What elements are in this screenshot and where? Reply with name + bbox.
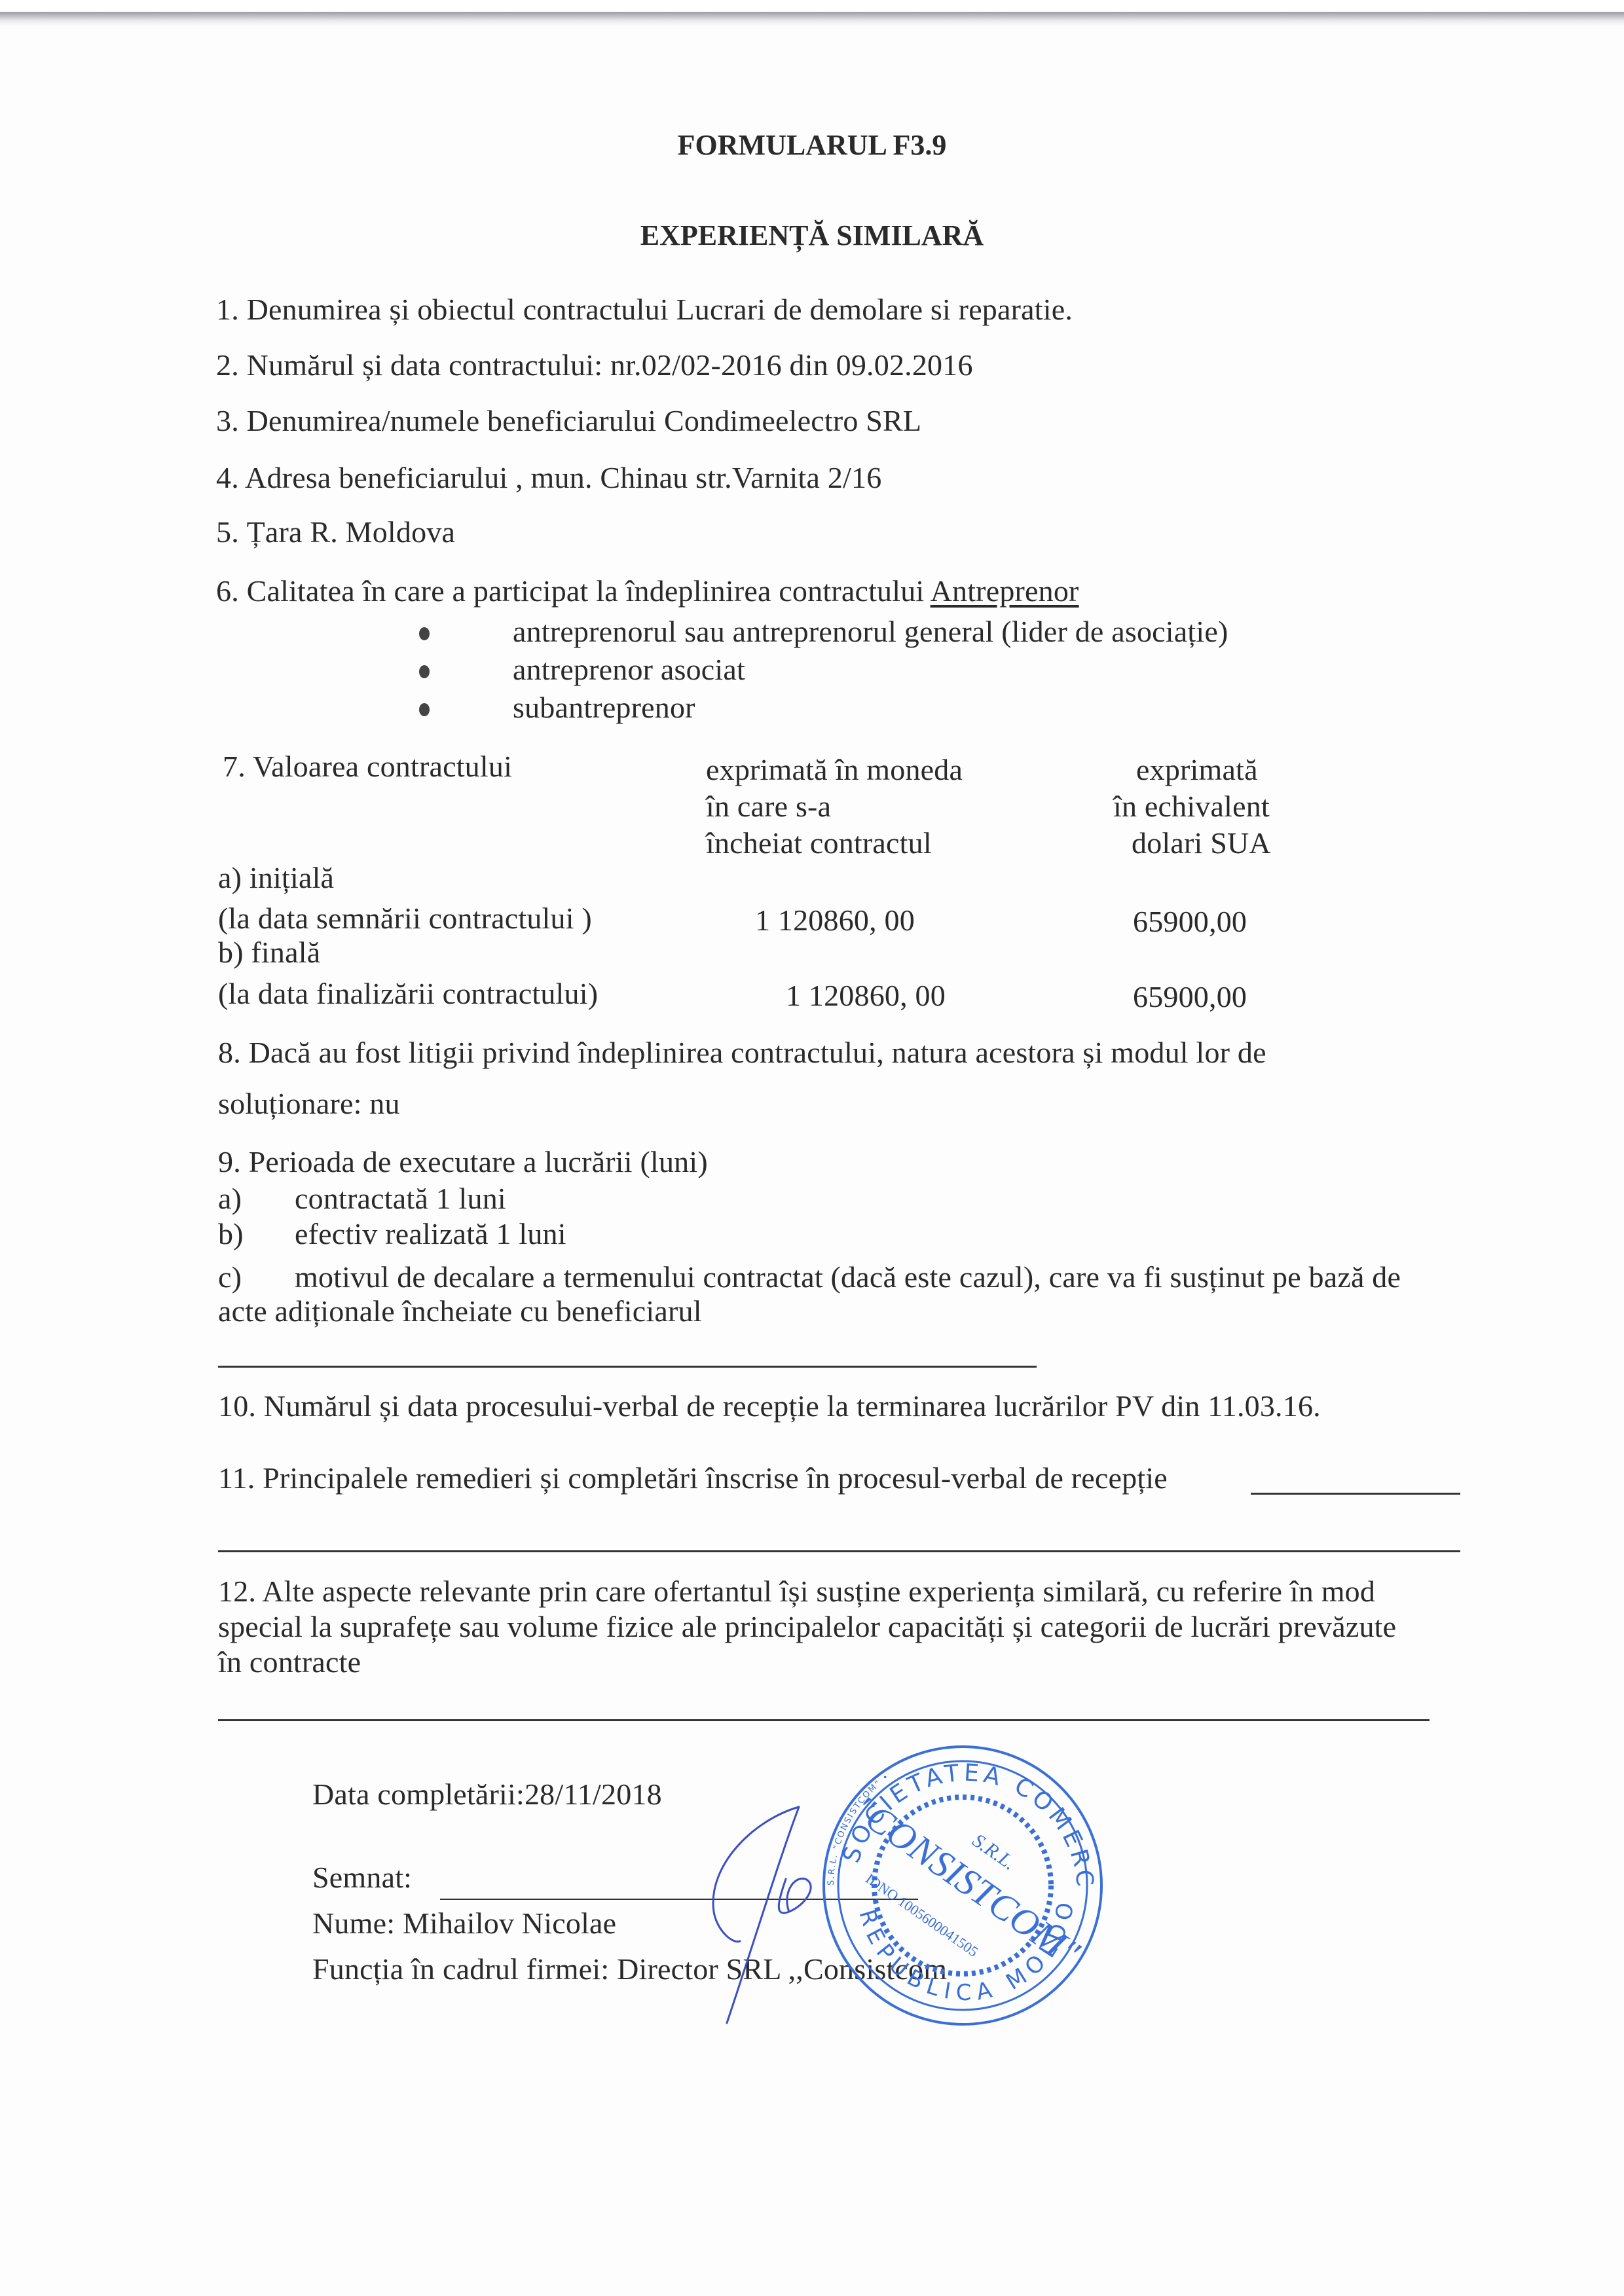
row-final-title: b) finală (218, 938, 320, 968)
item-12-line-2: special la suprafețe sau volume fizice a… (218, 1612, 1396, 1642)
form-title: FORMULARUL F3.9 (0, 131, 1624, 160)
item-9c-continuation: acte adiționale încheiate cu beneficiaru… (218, 1296, 702, 1326)
row-initial-desc: (la data semnării contractului ) (218, 903, 592, 934)
item-12-line-1: 12. Alte aspecte relevante prin care ofe… (218, 1576, 1375, 1607)
scan-top-edge (0, 12, 1624, 26)
item-4: 4. Adresa beneficiarului , mun. Chinau s… (216, 463, 881, 493)
col-usd-header-2: în echivalent (1113, 792, 1270, 822)
col-usd-header-1: exprimată (1136, 755, 1258, 785)
signer-name: Nume: Mihailov Nicolae (312, 1908, 616, 1939)
item-2: 2. Numărul și data contractului: nr.02/0… (216, 350, 973, 380)
item-8-line-1: 8. Dacă au fost litigii privind îndeplin… (218, 1038, 1266, 1068)
col-local-header-1: exprimată în moneda (706, 755, 963, 785)
bullet-icon (419, 703, 430, 716)
scan-top-margin (0, 0, 1624, 12)
row-initial-local: 1 120860, 00 (755, 905, 915, 936)
col-local-header-3: încheiat contractul (706, 828, 932, 858)
item-10: 10. Numărul și data procesului-verbal de… (218, 1391, 1321, 1421)
company-stamp: S.R.L. "CONSISTCOM" • SOCIETATEA COMERCI… (822, 1741, 1103, 2030)
signed-label: Semnat: (312, 1863, 412, 1893)
item-9-label: 9. Perioada de executare a lucrării (lun… (218, 1147, 708, 1177)
option-subantreprenor: subantreprenor (513, 693, 695, 723)
item-11: 11. Principalele remedieri și completări… (218, 1463, 1168, 1493)
item-8-line-2: soluționare: nu (218, 1089, 400, 1119)
row-final-local: 1 120860, 00 (786, 981, 946, 1011)
row-initial-usd: 65900,00 (1133, 907, 1247, 937)
bullet-icon (419, 665, 430, 678)
item-5: 5. Țara R. Moldova (216, 517, 455, 547)
item-12-line-3: în contracte (218, 1647, 361, 1677)
item-9-blank-line (218, 1366, 1037, 1368)
row-final-desc: (la data finalizării contractului) (218, 979, 598, 1009)
item-9b-mark: b) (218, 1219, 244, 1249)
col-local-header-2: în care s-a (706, 792, 831, 822)
item-6-label: 6. Calitatea în care a participat la înd… (216, 574, 931, 608)
item-9b-text: efectiv realizată 1 luni (295, 1219, 566, 1249)
item-9a-text: contractată 1 luni (295, 1184, 506, 1214)
item-9c-mark: c) (218, 1262, 242, 1292)
item-9c-text: motivul de decalare a termenului contrac… (295, 1262, 1401, 1292)
item-9a-mark: a) (218, 1184, 242, 1214)
row-initial-title: a) inițială (218, 863, 334, 893)
option-lider: antreprenorul sau antreprenorul general … (513, 617, 1228, 647)
item-6: 6. Calitatea în care a participat la înd… (216, 576, 1079, 606)
item-11-blank-line (1251, 1493, 1460, 1495)
item-6-value: Antreprenor (931, 574, 1079, 608)
completion-date: Data completării:28/11/2018 (312, 1779, 662, 1810)
option-asociat: antreprenor asociat (513, 655, 745, 685)
item-1: 1. Denumirea și obiectul contractului Lu… (216, 295, 1073, 325)
form-subtitle: EXPERIENȚĂ SIMILARĂ (0, 221, 1624, 250)
bullet-icon (419, 627, 430, 640)
item-7-label: 7. Valoarea contractului (223, 752, 512, 782)
col-usd-header-3: dolari SUA (1132, 828, 1271, 858)
row-final-usd: 65900,00 (1133, 982, 1247, 1012)
item-3: 3. Denumirea/numele beneficiarului Condi… (216, 406, 921, 436)
item-11-blank-line-2 (218, 1550, 1460, 1552)
item-12-blank-line (218, 1719, 1430, 1721)
